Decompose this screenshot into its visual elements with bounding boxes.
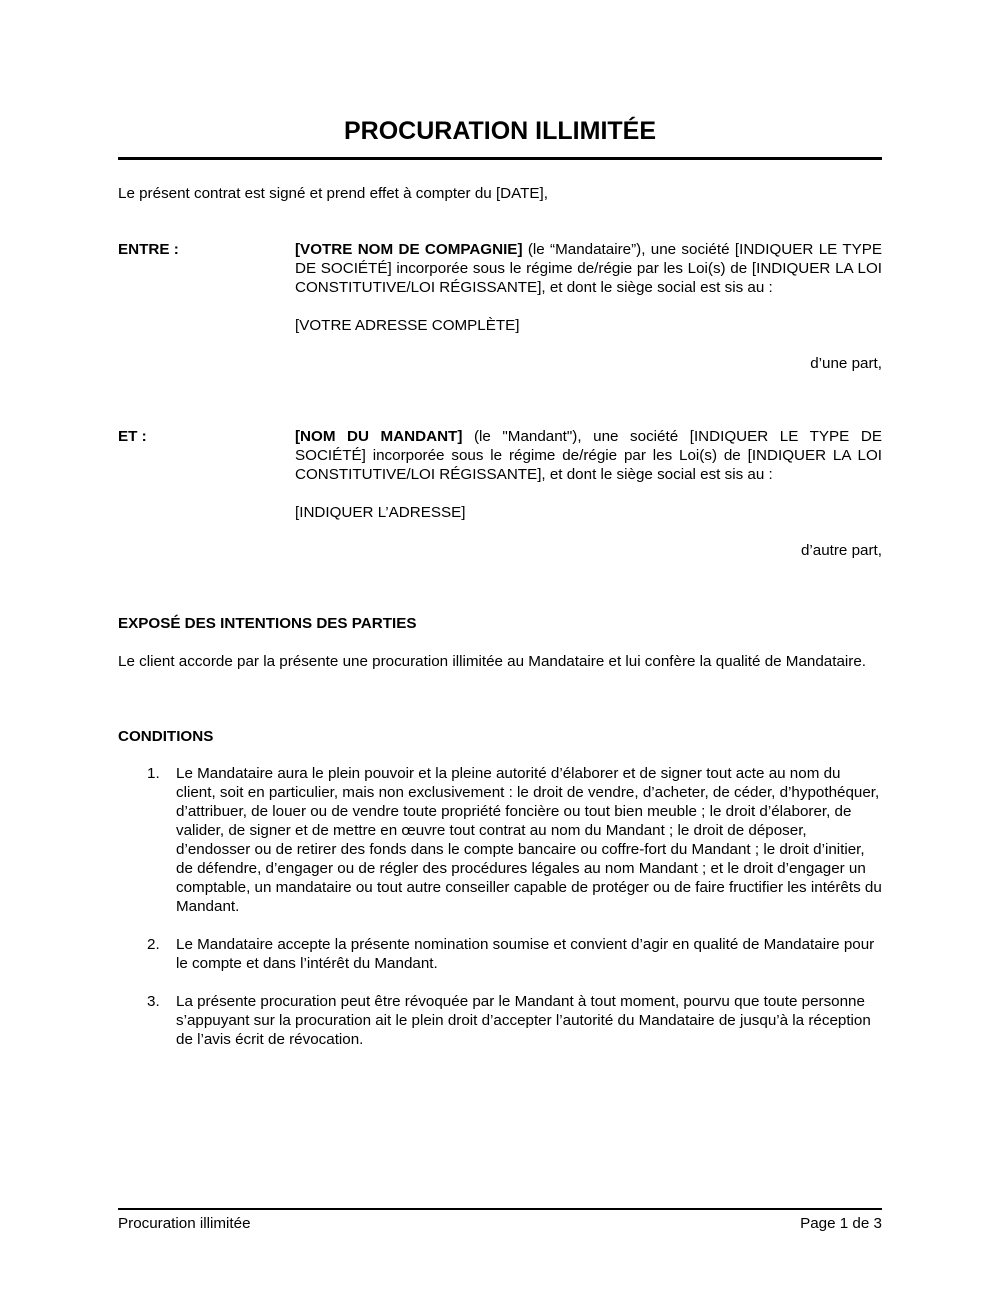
party-side-entre: d’une part, bbox=[295, 354, 882, 373]
party-body-entre: [VOTRE NOM DE COMPAGNIE] (le “Mandataire… bbox=[295, 240, 882, 373]
section-heading-conditions: CONDITIONS bbox=[118, 727, 213, 746]
condition-item: 2. Le Mandataire accepte la présente nom… bbox=[118, 935, 882, 973]
party-body-et: [NOM DU MANDANT] (le "Mandant"), une soc… bbox=[295, 427, 882, 560]
party-label-entre: ENTRE : bbox=[118, 240, 179, 259]
condition-item: 3. La présente procuration peut être rév… bbox=[118, 992, 882, 1049]
party-side-et: d’autre part, bbox=[295, 541, 882, 560]
party-address-et: [INDIQUER L’ADRESSE] bbox=[295, 503, 882, 522]
party-description-entre: [VOTRE NOM DE COMPAGNIE] (le “Mandataire… bbox=[295, 240, 882, 297]
condition-text: Le Mandataire aura le plein pouvoir et l… bbox=[176, 765, 882, 915]
party-name-entre: [VOTRE NOM DE COMPAGNIE] bbox=[295, 241, 523, 258]
title-divider bbox=[118, 157, 882, 160]
section-text-intentions: Le client accorde par la présente une pr… bbox=[118, 652, 882, 671]
party-description-et: [NOM DU MANDANT] (le "Mandant"), une soc… bbox=[295, 427, 882, 484]
footer-page-number: Page 1 de 3 bbox=[800, 1214, 882, 1233]
condition-text: Le Mandataire accepte la présente nomina… bbox=[176, 936, 874, 972]
condition-item: 1. Le Mandataire aura le plein pouvoir e… bbox=[118, 764, 882, 916]
condition-text: La présente procuration peut être révoqu… bbox=[176, 993, 871, 1048]
party-address-entre: [VOTRE ADRESSE COMPLÈTE] bbox=[295, 316, 882, 335]
condition-number: 1. bbox=[147, 764, 160, 783]
page-title: PROCURATION ILLIMITÉE bbox=[118, 116, 882, 146]
section-heading-intentions: EXPOSÉ DES INTENTIONS DES PARTIES bbox=[118, 614, 416, 633]
footer-divider bbox=[118, 1208, 882, 1210]
intro-text: Le présent contrat est signé et prend ef… bbox=[118, 184, 882, 203]
conditions-list: 1. Le Mandataire aura le plein pouvoir e… bbox=[118, 764, 882, 1068]
condition-number: 2. bbox=[147, 935, 160, 954]
condition-number: 3. bbox=[147, 992, 160, 1011]
party-label-et: ET : bbox=[118, 427, 147, 446]
footer-document-name: Procuration illimitée bbox=[118, 1214, 251, 1233]
party-name-et: [NOM DU MANDANT] bbox=[295, 428, 462, 445]
